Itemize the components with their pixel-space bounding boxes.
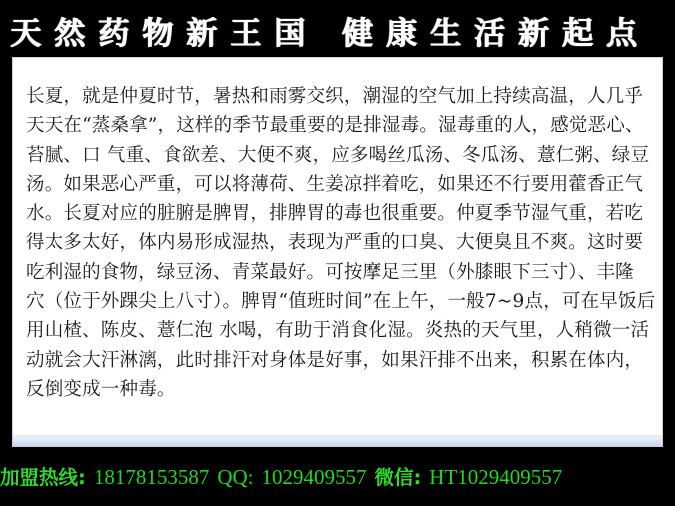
banner-title: 天然药物新王国 健康生活新起点: [10, 14, 665, 54]
article-line: 穴（位于外踝尖上八寸）。脾胃“值班时间”在上午，一般7~9点，可在早饭后: [26, 287, 651, 316]
article-line: 水。长夏对应的脏腑是脾胃，排脾胃的毒也很重要。仲夏季节湿气重，若吃: [26, 199, 651, 228]
article-line: 动就会大汗淋漓，此时排汗对身体是好事，如果汗排不出来，积累在体内，: [26, 346, 651, 375]
article-body: 长夏，就是仲夏时节，暑热和雨雾交织，潮湿的空气加上持续高温，人几乎 天天在“蒸桑…: [26, 82, 651, 404]
article-line: 长夏，就是仲夏时节，暑热和雨雾交织，潮湿的空气加上持续高温，人几乎: [26, 82, 651, 111]
panel-bottom-bar: [13, 435, 662, 446]
qq-number: 1029409557: [261, 465, 366, 489]
hotline-number: 18178153587: [94, 465, 210, 489]
article-line: 苔腻、口 气重、食欲差、大便不爽，应多喝丝瓜汤、冬瓜汤、薏仁粥、绿豆: [26, 141, 651, 170]
hotline-label: 加盟热线:: [0, 466, 86, 489]
article-line: 得太多太好，体内易形成湿热，表现为严重的口臭、大便臭且不爽。这时要: [26, 228, 651, 257]
qq-label: QQ:: [217, 465, 253, 489]
article-line: 吃利湿的食物，绿豆汤、青菜最好。可按摩足三里（外膝眼下三寸）、丰隆: [26, 258, 651, 287]
article-line: 用山楂、陈皮、薏仁泡 水喝，有助于消食化湿。炎热的天气里，人稍微一活: [26, 316, 651, 345]
article-line: 天天在“蒸桑拿”，这样的季节最重要的是排湿毒。湿毒重的人，感觉恶心、: [26, 111, 651, 140]
wechat-id: HT1029409557: [429, 465, 562, 489]
contact-bar: 加盟热线:18178153587QQ:1029409557微信:HT102940…: [0, 462, 675, 492]
article-line: 反倒变成一种毒。: [26, 375, 651, 404]
article-line: 汤。如果恶心严重，可以将薄荷、生姜凉拌着吃，如果还不行要用藿香正气: [26, 170, 651, 199]
wechat-label: 微信:: [374, 466, 421, 489]
article-panel: 长夏，就是仲夏时节，暑热和雨雾交织，潮湿的空气加上持续高温，人几乎 天天在“蒸桑…: [12, 57, 663, 447]
